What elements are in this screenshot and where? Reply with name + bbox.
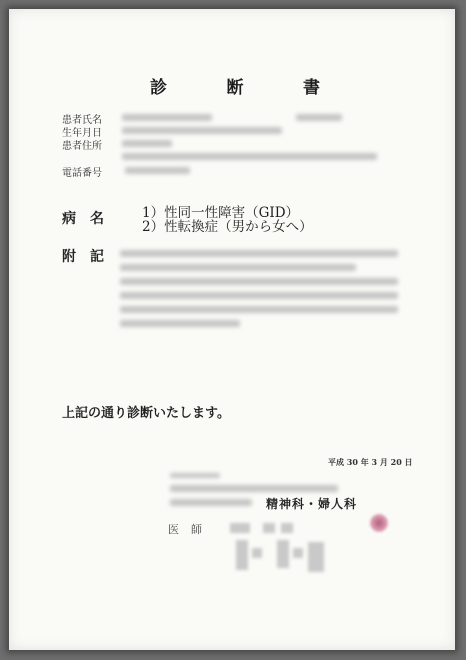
phone-label: 電話番号 [62, 164, 102, 179]
phone-redacted [125, 167, 190, 174]
closing-statement: 上記の通り診断いたします。 [62, 402, 230, 421]
patient-name-redacted [122, 114, 212, 121]
patient-sex-redacted [296, 114, 342, 121]
birthdate-redacted [122, 127, 282, 134]
notes-label: 附記 [62, 246, 118, 266]
address-redacted [122, 153, 377, 160]
title-char-3: 書 [303, 73, 320, 98]
document-page [9, 9, 455, 650]
title-char-1: 診 [150, 73, 167, 98]
institution-postal-redacted [170, 473, 220, 478]
diagnosis-label: 病名 [62, 208, 118, 228]
institution-address-redacted [170, 485, 338, 492]
department: 精神科・婦人科 [266, 495, 357, 512]
institution-name-redacted [170, 499, 252, 506]
document-title: 診 断 書 [150, 73, 320, 98]
address-label: 患者住所 [62, 137, 102, 152]
diagnosis-item-2: 2）性転換症（男から女へ） [142, 220, 313, 235]
postal-code-redacted [122, 140, 172, 147]
doctor-label: 医師 [168, 521, 214, 537]
hanko-seal [370, 514, 388, 532]
issue-date: 平成 30 年 3 月 20 日 [328, 457, 413, 468]
title-char-2: 断 [227, 73, 244, 98]
